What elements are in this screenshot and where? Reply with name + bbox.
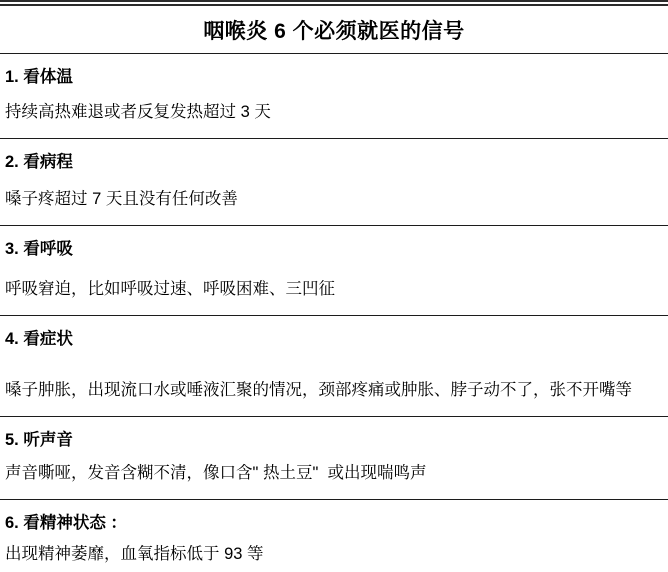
section-header: 4. 看症状: [5, 330, 663, 348]
medical-signals-table: 咽喉炎 6 个必须就医的信号 1. 看体温 持续高热难退或者反复发热超过 3 天…: [0, 0, 668, 572]
section-description: 呼吸窘迫，比如呼吸过速、呼吸困难、三凹征: [5, 280, 663, 299]
section-header: 6. 看精神状态 ：: [5, 514, 663, 532]
section-header: 3. 看呼吸: [5, 240, 663, 258]
section-description: 出现精神萎靡，血氧指标低于 93 等: [5, 545, 663, 564]
section-row-2: 2. 看病程 嗓子疼超过 7 天且没有任何改善: [0, 138, 668, 225]
table-title: 咽喉炎 6 个必须就医的信号: [203, 15, 464, 45]
section-description: 声音嘶哑，发音含糊不清，像口含" 热土豆" 或出现喘鸣声: [5, 464, 663, 483]
section-header: 2. 看病程: [5, 153, 663, 171]
section-row-5: 5. 听声音 声音嘶哑，发音含糊不清，像口含" 热土豆" 或出现喘鸣声: [0, 416, 668, 499]
section-description: 嗓子疼超过 7 天且没有任何改善: [5, 190, 663, 209]
section-row-4: 4. 看症状 嗓子肿胀，出现流口水或唾液汇聚的情况，颈部疼痛或肿胀、脖子动不了，…: [0, 315, 668, 416]
section-description: 嗓子肿胀，出现流口水或唾液汇聚的情况，颈部疼痛或肿胀、脖子动不了，张不开嘴等: [5, 381, 663, 400]
section-header: 5. 听声音: [5, 431, 663, 449]
section-description: 持续高热难退或者反复发热超过 3 天: [5, 103, 663, 122]
section-row-3: 3. 看呼吸 呼吸窘迫，比如呼吸过速、呼吸困难、三凹征: [0, 225, 668, 315]
section-header: 1. 看体温: [5, 68, 663, 86]
section-row-1: 1. 看体温 持续高热难退或者反复发热超过 3 天: [0, 53, 668, 138]
table-title-row: 咽喉炎 6 个必须就医的信号: [0, 6, 668, 53]
section-row-6: 6. 看精神状态 ： 出现精神萎靡，血氧指标低于 93 等: [0, 499, 668, 572]
